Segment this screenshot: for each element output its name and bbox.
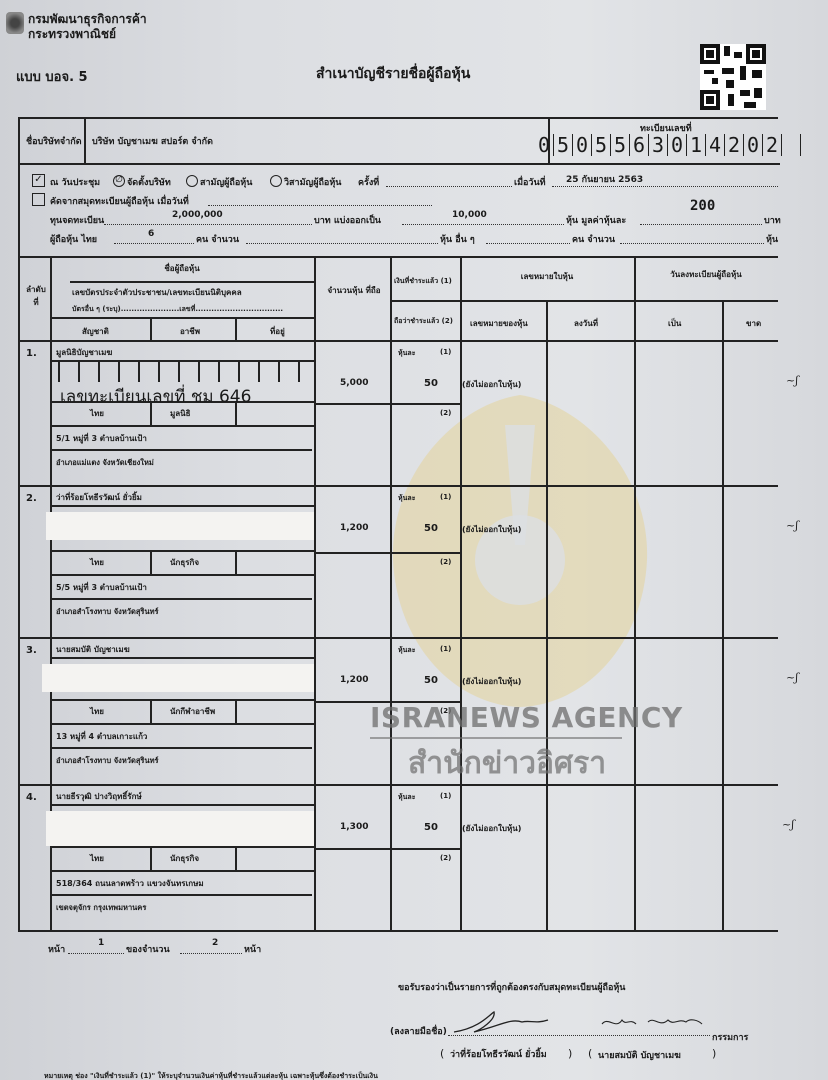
shares-held: 5,000 xyxy=(340,378,368,388)
address-line-2: อำเภอสำโรงทาบ จังหวัดสุรินทร์ xyxy=(56,755,159,767)
radio-incorporation-label: จัดตั้งบริษัท xyxy=(127,175,171,189)
redacted-id-block xyxy=(42,664,314,692)
registration-digit: 0 xyxy=(572,134,591,156)
id-box-divider xyxy=(298,360,300,382)
garuda-emblem-icon xyxy=(6,12,24,34)
persons-amount-label: คน จำนวน xyxy=(196,232,239,246)
baht-divided-label: บาท แบ่งออกเป็น xyxy=(314,213,381,227)
row-number: 4. xyxy=(26,792,37,803)
signer-1-name: ว่าที่ร้อยโทธีรวัฒน์ ยั่วยิ้ม xyxy=(450,1047,547,1061)
baht-label: บาท xyxy=(764,213,781,227)
row-divider xyxy=(18,485,778,487)
company-name-label: ชื่อบริษัทจำกัด xyxy=(26,134,82,148)
mark-1: (1) xyxy=(440,493,451,501)
row-line xyxy=(50,657,314,659)
address-line-1: 518/364 ถนนลาดพร้าว แขวงจันทรเกษม xyxy=(56,877,204,890)
par-label: หุ้น มูลค่าหุ้นละ xyxy=(566,213,626,227)
id-box-divider xyxy=(258,360,260,382)
paid-per-share: 50 xyxy=(424,378,438,389)
row-line xyxy=(50,699,314,701)
registration-label: ทะเบียนเลขที่ xyxy=(640,121,692,135)
registration-digit: 0 xyxy=(743,134,762,156)
redacted-id-block xyxy=(46,811,314,846)
col-certificate-header: เลขหมายใบหุ้น xyxy=(460,270,634,283)
id-box-divider xyxy=(78,360,80,382)
mark-1: (1) xyxy=(440,645,451,653)
mark-2: (2) xyxy=(440,409,451,417)
address-line-2: เขตจตุจักร กรุงเทพมหานคร xyxy=(56,902,146,914)
registration-digit: 1 xyxy=(686,134,705,156)
nationality: ไทย xyxy=(90,407,104,420)
page-number: 1 xyxy=(98,938,104,948)
per-share-label: หุ้นละ xyxy=(398,493,415,504)
registration-note: เลขทะเบียนเลขที่ ชม 646 xyxy=(60,383,251,410)
form-code: แบบ บอจ. 5 xyxy=(16,66,88,87)
id-box-divider xyxy=(198,360,200,382)
col-shares-header: จำนวนหุ้น ที่ถือ xyxy=(324,284,384,297)
row-line xyxy=(314,848,460,850)
per-share-label: หุ้นละ xyxy=(398,348,415,359)
registration-digit: 3 xyxy=(648,134,667,156)
address-line-2: อำเภอแม่แตง จังหวัดเชียงใหม่ xyxy=(56,457,154,469)
registration-digit: 0 xyxy=(535,134,553,156)
id-box-divider xyxy=(98,360,100,382)
radio-ordinary[interactable] xyxy=(186,175,198,187)
registration-digit: 2 xyxy=(724,134,743,156)
initials-signature: ~ʃ xyxy=(786,671,798,684)
col-cert-date-header: ลงวันที่ xyxy=(574,317,598,330)
date-label: เมื่อวันที่ xyxy=(514,175,546,189)
id-box-divider xyxy=(58,360,60,382)
copy-from-register-checkbox[interactable] xyxy=(32,193,45,206)
copy-from-register-label: คัดจากสมุดทะเบียนผู้ถือหุ้น เมื่อวันที่ xyxy=(50,194,189,208)
col-become-header: เป็น xyxy=(668,317,681,330)
qr-code-icon xyxy=(700,44,766,110)
row-divider xyxy=(314,930,778,932)
initials-signature: ~ʃ xyxy=(786,519,798,532)
id-box-divider xyxy=(178,360,180,382)
row-line xyxy=(314,403,460,405)
occupation: นักธุรกิจ xyxy=(170,852,199,865)
row-line xyxy=(50,846,314,848)
row-line xyxy=(50,425,314,427)
registration-digit: 4 xyxy=(705,134,724,156)
address-line-1: 5/1 หมู่ที่ 3 ตำบลบ้านเป้า xyxy=(56,432,147,445)
row-line xyxy=(50,804,314,806)
capital-value: 2,000,000 xyxy=(172,210,223,220)
registration-digit: 5 xyxy=(610,134,629,156)
registration-digit: 6 xyxy=(629,134,648,156)
registration-digit: 2 xyxy=(762,134,781,156)
occupation: มูลนิธิ xyxy=(170,407,191,420)
row-line xyxy=(235,550,237,574)
thai-holders-count: 6 xyxy=(148,229,154,239)
thai-holders-label: ผู้ถือหุ้น ไทย xyxy=(50,232,97,246)
row-line xyxy=(50,598,312,600)
shares-held: 1,300 xyxy=(340,822,368,832)
row-number: 1. xyxy=(26,348,37,359)
of-total-label: ของจำนวน xyxy=(126,942,170,956)
radio-incorporation[interactable]: ∅ xyxy=(113,175,125,187)
id-box-divider xyxy=(238,360,240,382)
redacted-id-block xyxy=(46,512,314,540)
row-line xyxy=(50,449,312,451)
col-id-header: เลขบัตรประจำตัวประชาชน/เลขทะเบียนนิติบุค… xyxy=(72,286,242,299)
occupation: นักธุรกิจ xyxy=(170,556,199,569)
row-line xyxy=(235,846,237,870)
initials-signature: ~ʃ xyxy=(786,374,798,387)
row-line xyxy=(50,870,314,872)
col-name-header: ชื่อผู้ถือหุ้น xyxy=(50,262,314,275)
initials-signature: ~ʃ xyxy=(782,818,794,831)
meeting-date: 25 กันยายน 2563 xyxy=(566,172,643,186)
mark-2: (2) xyxy=(440,854,451,862)
par-value: 200 xyxy=(690,198,715,214)
row-line xyxy=(150,550,152,574)
row-divider xyxy=(18,930,314,932)
row-line xyxy=(150,699,152,723)
row-line xyxy=(50,894,312,896)
shareholder-name: มูลนิธิบัญชาเมฆ xyxy=(56,346,112,359)
shares-label: หุ้น xyxy=(766,232,778,246)
row-line xyxy=(50,505,314,507)
registration-digit: 0 xyxy=(667,134,686,156)
watermark-logo-icon xyxy=(385,385,655,715)
row-number: 3. xyxy=(26,645,37,656)
meeting-checkbox[interactable]: ✓ xyxy=(32,174,45,187)
row-line xyxy=(314,552,460,554)
company-name: บริษัท บัญชาเมฆ สปอร์ต จำกัด xyxy=(92,134,213,148)
radio-extraordinary[interactable] xyxy=(270,175,282,187)
shares-other-label: หุ้น อื่น ๆ xyxy=(440,232,475,246)
page-suffix: หน้า xyxy=(244,942,261,956)
signature-1-icon xyxy=(450,1008,560,1036)
col-paid-header: เงินที่ชำระแล้ว (1) xyxy=(394,276,452,287)
id-box-divider xyxy=(138,360,140,382)
certification-text: ขอรับรองว่าเป็นรายการที่ถูกต้องตรงกับสมุ… xyxy=(398,980,625,994)
row-line xyxy=(50,747,312,749)
row-number: 2. xyxy=(26,493,37,504)
col-occupation-header: อาชีพ xyxy=(180,325,200,338)
row-divider xyxy=(18,784,778,786)
id-box-divider xyxy=(118,360,120,382)
watermark-en: ISRANEWS AGENCY xyxy=(370,701,683,734)
certificate-status: (ยังไม่ออกใบหุ้น) xyxy=(462,675,521,688)
col-order-header: ลำดับ ที่ xyxy=(24,283,48,309)
nationality: ไทย xyxy=(90,852,104,865)
mark-1: (1) xyxy=(440,348,451,356)
shareholder-name: ว่าที่ร้อยโทธีรวัฒน์ ยั่วยิ้ม xyxy=(56,491,142,504)
id-box-divider xyxy=(218,360,220,382)
col-reg-date-header: วันลงทะเบียนผู้ถือหุ้น xyxy=(634,268,778,281)
radio-ordinary-label: สามัญผู้ถือหุ้น xyxy=(200,175,252,189)
row-line xyxy=(50,550,314,552)
capital-label: ทุนจดทะเบียน xyxy=(50,213,104,227)
signature-label: (ลงลายมือชื่อ) xyxy=(390,1024,447,1038)
signer-2-name: นายสมบัติ บัญชาเมฆ xyxy=(598,1048,681,1062)
nationality: ไทย xyxy=(90,705,104,718)
total-pages: 2 xyxy=(212,938,218,948)
registration-digit-empty xyxy=(781,134,800,156)
paid-per-share: 50 xyxy=(424,523,438,534)
registration-number: 0505563014202 xyxy=(535,134,801,156)
row-line xyxy=(150,846,152,870)
shareholder-name: นายสมบัติ บัญชาเมฆ xyxy=(56,643,130,656)
address-line-2: อำเภอสำโรงทาบ จังหวัดสุรินทร์ xyxy=(56,606,159,618)
shares-held: 1,200 xyxy=(340,523,368,533)
occupation: นักกีฬาอาชีพ xyxy=(170,705,215,718)
signature-2-icon xyxy=(598,1012,708,1032)
document-page: กรมพัฒนาธุรกิจการค้า กระทรวงพาณิชย์ แบบ … xyxy=(0,0,828,1080)
per-share-label: หุ้นละ xyxy=(398,792,415,803)
page-label: หน้า xyxy=(48,942,65,956)
address-line-1: 5/5 หมู่ที่ 3 ตำบลบ้านเป้า xyxy=(56,581,147,594)
row-line xyxy=(50,723,314,725)
meeting-label: ณ วันประชุม xyxy=(50,175,100,189)
per-share-label: หุ้นละ xyxy=(398,645,415,656)
paid-per-share: 50 xyxy=(424,675,438,686)
certificate-status: (ยังไม่ออกใบหุ้น) xyxy=(462,523,521,536)
persons-amount-label-2: คน จำนวน xyxy=(572,232,615,246)
row-line xyxy=(235,699,237,723)
row-divider xyxy=(18,637,778,639)
id-box-divider xyxy=(158,360,160,382)
shares-held: 1,200 xyxy=(340,675,368,685)
registration-digit: 5 xyxy=(591,134,610,156)
watermark-th: สำนักข่าวอิศรา xyxy=(408,740,606,787)
col-deemed-paid-header: ถือว่าชำระแล้ว (2) xyxy=(394,316,453,327)
shareholder-name: นายธีรวุฒิ ปางวิฤทธิ์รักษ์ xyxy=(56,790,142,803)
certificate-status: (ยังไม่ออกใบหุ้น) xyxy=(462,378,521,391)
col-other-card-header: บัตรอื่น ๆ (ระบุ)......................เ… xyxy=(72,304,283,315)
id-box-divider xyxy=(278,360,280,382)
footnote: หมายเหตุ ช่อง "เงินที่ชำระแล้ว (1)" ให้ร… xyxy=(44,1071,378,1080)
registration-digit: 5 xyxy=(553,134,572,156)
director-label: กรรมการ xyxy=(712,1030,748,1044)
address-line-1: 13 หมู่ที่ 4 ตำบลเกาะแก้ว xyxy=(56,730,147,743)
row-line xyxy=(50,360,314,362)
shares-count: 10,000 xyxy=(452,210,487,220)
mark-1: (1) xyxy=(440,792,451,800)
col-address-header: ที่อยู่ xyxy=(270,325,285,338)
col-nationality-header: สัญชาติ xyxy=(82,325,109,338)
paid-per-share: 50 xyxy=(424,822,438,833)
row-line xyxy=(50,574,314,576)
session-label: ครั้งที่ xyxy=(358,175,379,189)
radio-extraordinary-label: วิสามัญผู้ถือหุ้น xyxy=(284,175,341,189)
col-cert-number-header: เลขหมายของหุ้น xyxy=(470,317,528,330)
nationality: ไทย xyxy=(90,556,104,569)
ministry-name: กระทรวงพาณิชย์ xyxy=(28,25,116,44)
certificate-status: (ยังไม่ออกใบหุ้น) xyxy=(462,822,521,835)
col-cease-header: ขาด xyxy=(746,317,761,330)
mark-2: (2) xyxy=(440,558,451,566)
page-title: สำเนาบัญชีรายชื่อผู้ถือหุ้น xyxy=(316,63,470,85)
